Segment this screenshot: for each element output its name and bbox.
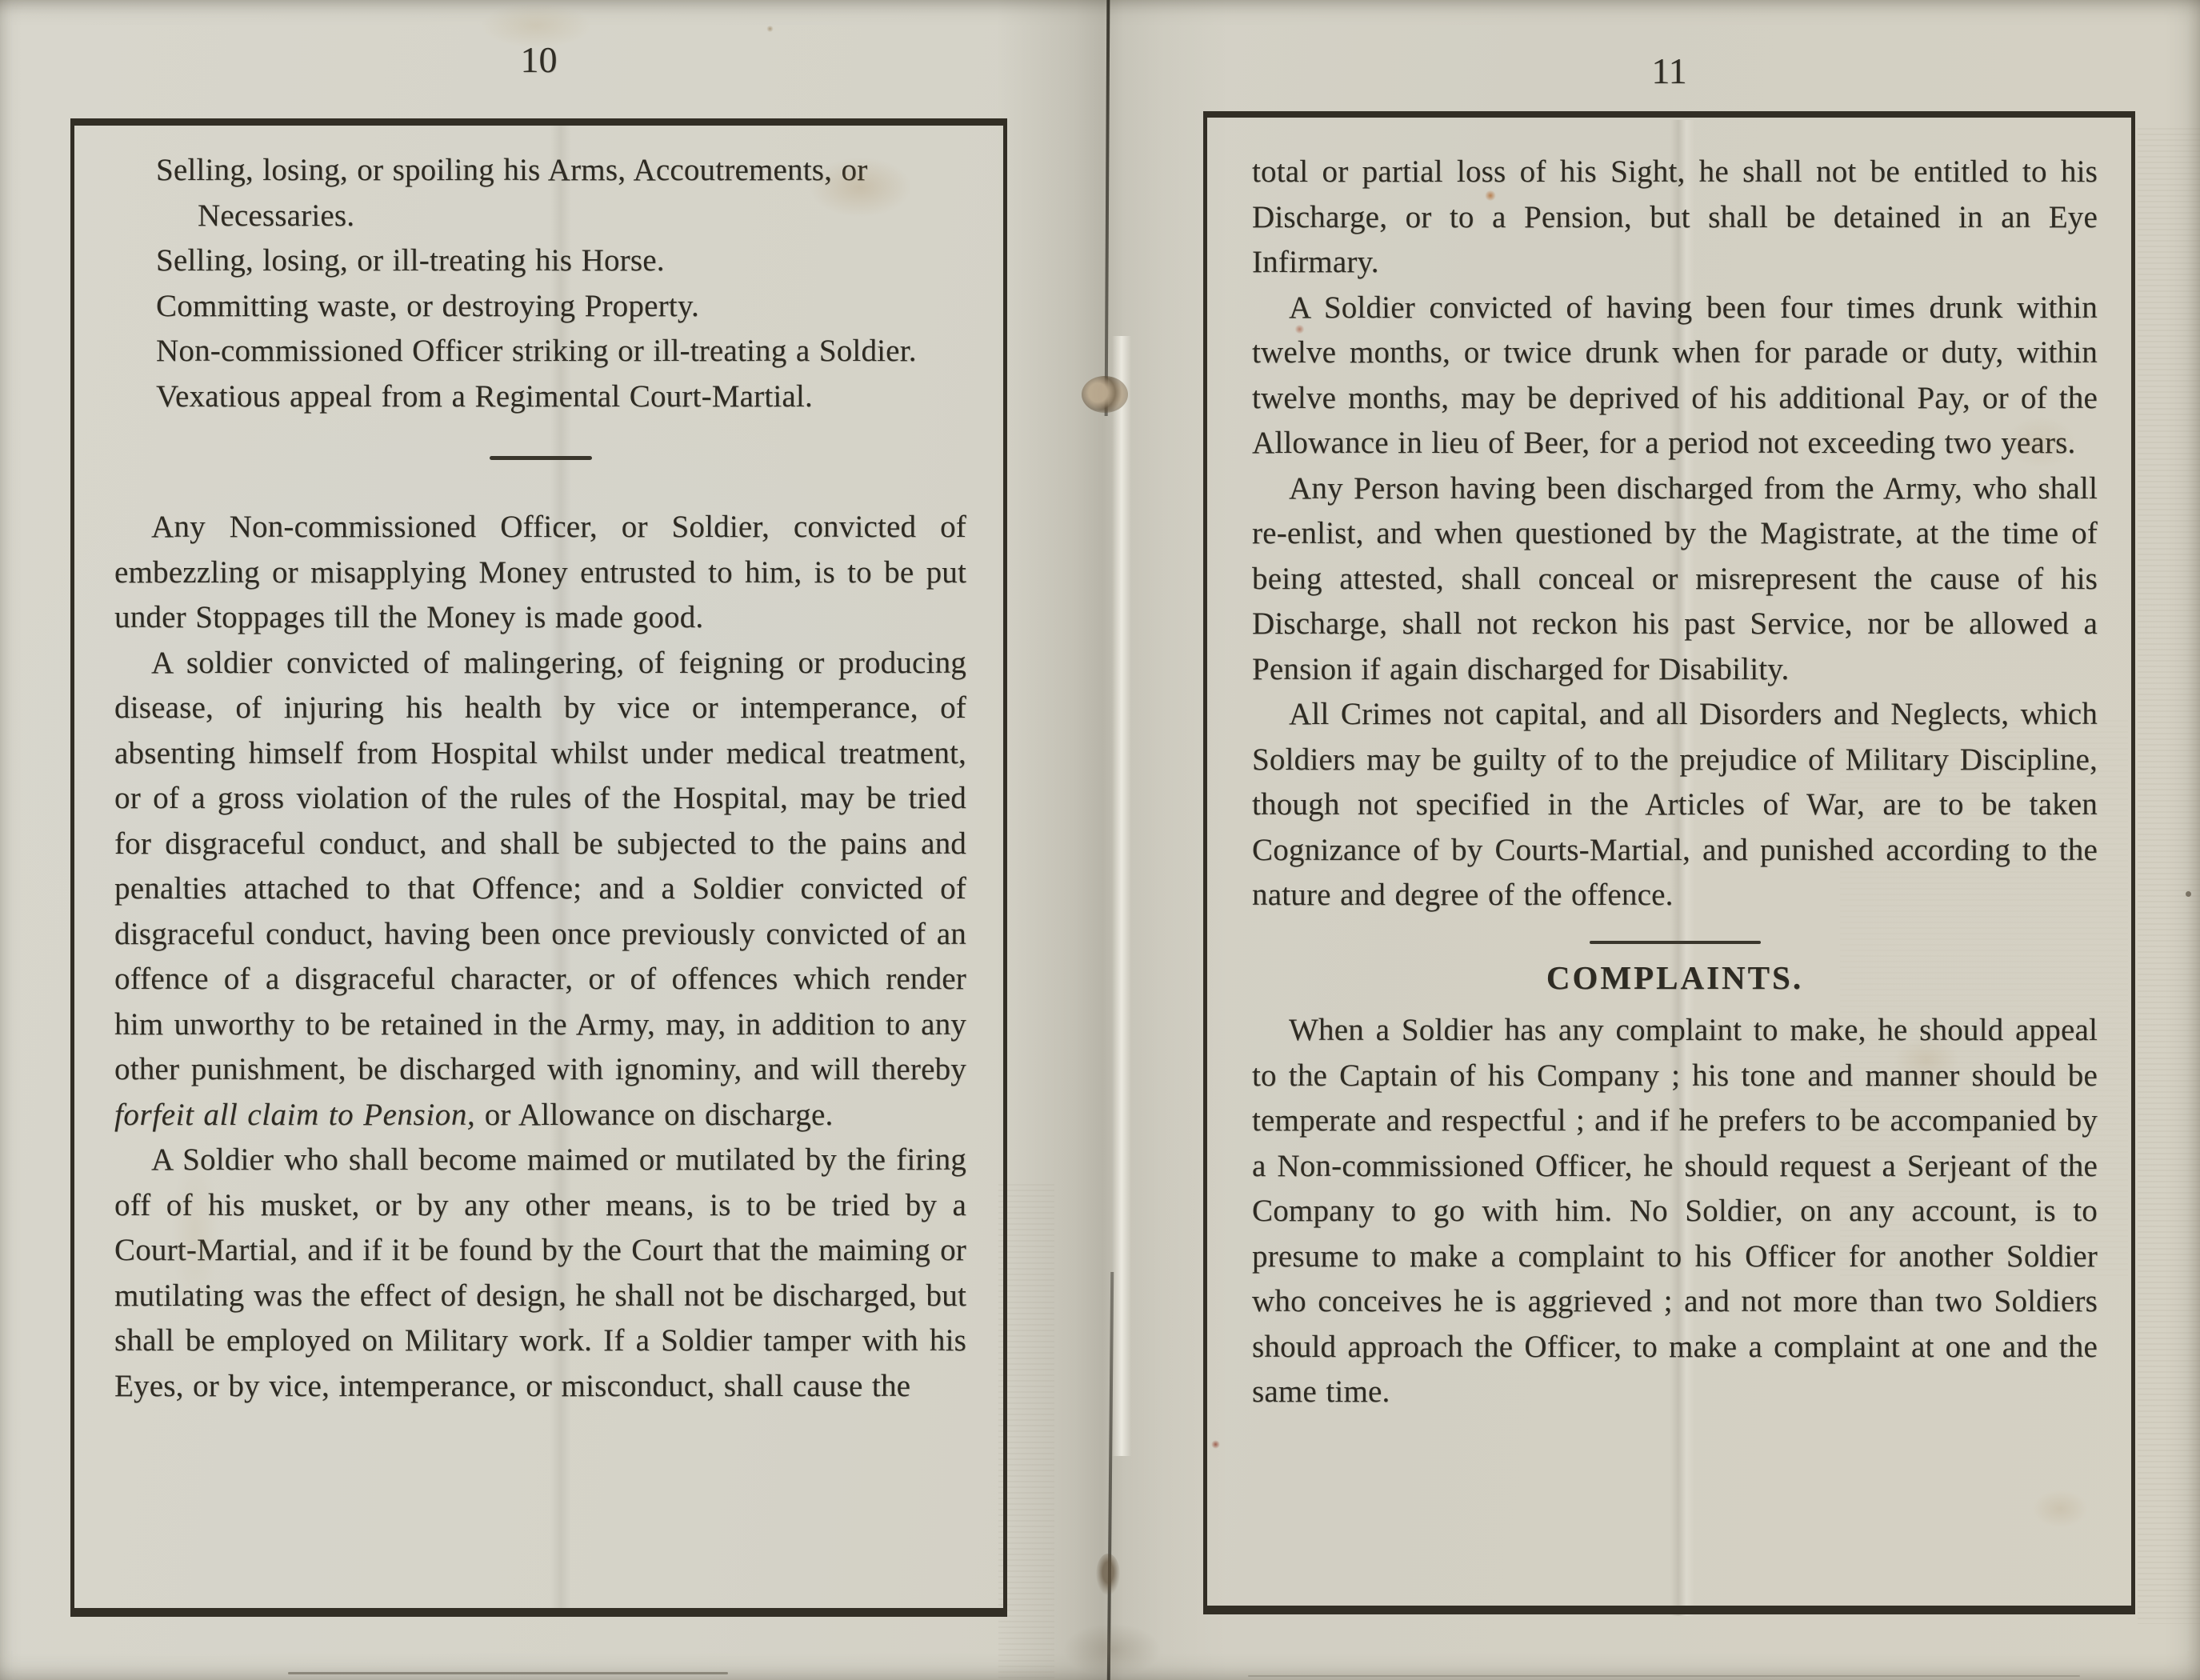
next-page-edge [1248, 1675, 2080, 1677]
next-page-edge [288, 1672, 728, 1674]
page-left-frame: Selling, losing, or spoiling his Arms, A… [70, 118, 1007, 1617]
page-number: 11 [1203, 50, 2135, 92]
paragraph-embezzling: Any Non-commissioned Officer, or Soldier… [114, 505, 966, 641]
offence-list-item: Committing waste, or destroying Property… [156, 284, 966, 330]
offence-list-item: Selling, losing, or spoiling his Arms, A… [156, 148, 966, 238]
paragraph-complaints: When a Soldier has any complaint to make… [1252, 1008, 2098, 1415]
page-number: 10 [70, 38, 1007, 81]
gutter-fold-ridge [1112, 336, 1131, 1456]
paper-speck [766, 26, 774, 32]
paragraph-text: or Allowance on discharge. [475, 1098, 833, 1132]
book-scan: 10 11 Selling, losing, or spoiling his A… [0, 0, 2200, 1680]
offence-list-item: Vexatious appeal from a Regimental Court… [156, 374, 966, 420]
paragraph-reenlist: Any Person having been discharged from t… [1252, 466, 2098, 693]
paragraph-drunkenness: A Soldier convicted of having been four … [1252, 286, 2098, 466]
section-divider-rule [490, 456, 592, 460]
paper-speck [2186, 891, 2191, 897]
paragraph-sight: total or partial loss of his Sight, he s… [1252, 150, 2098, 286]
paragraph-disgraceful-conduct: A soldier convicted of malingering, of f… [114, 641, 966, 1138]
paragraph-crimes: All Crimes not capital, and all Disorder… [1252, 692, 2098, 918]
binding-stitch-knot [1096, 1554, 1120, 1595]
paragraph-text: A soldier convicted of malingering, of f… [114, 646, 966, 1087]
section-divider-rule [1590, 941, 1761, 944]
offence-list-item: Non-commissioned Officer striking or ill… [156, 329, 966, 374]
page-right-frame: total or partial loss of his Sight, he s… [1203, 111, 2135, 1614]
binding-stitch-knot [1082, 376, 1128, 413]
italic-phrase: forfeit all claim to Pension, [114, 1098, 475, 1132]
laid-paper-texture [2138, 128, 2200, 1624]
offence-list-item: Selling, losing, or ill-treating his Hor… [156, 238, 966, 284]
complaints-heading: COMPLAINTS. [1252, 955, 2098, 1001]
paragraph-maimed: A Soldier who shall become maimed or mut… [114, 1138, 966, 1409]
